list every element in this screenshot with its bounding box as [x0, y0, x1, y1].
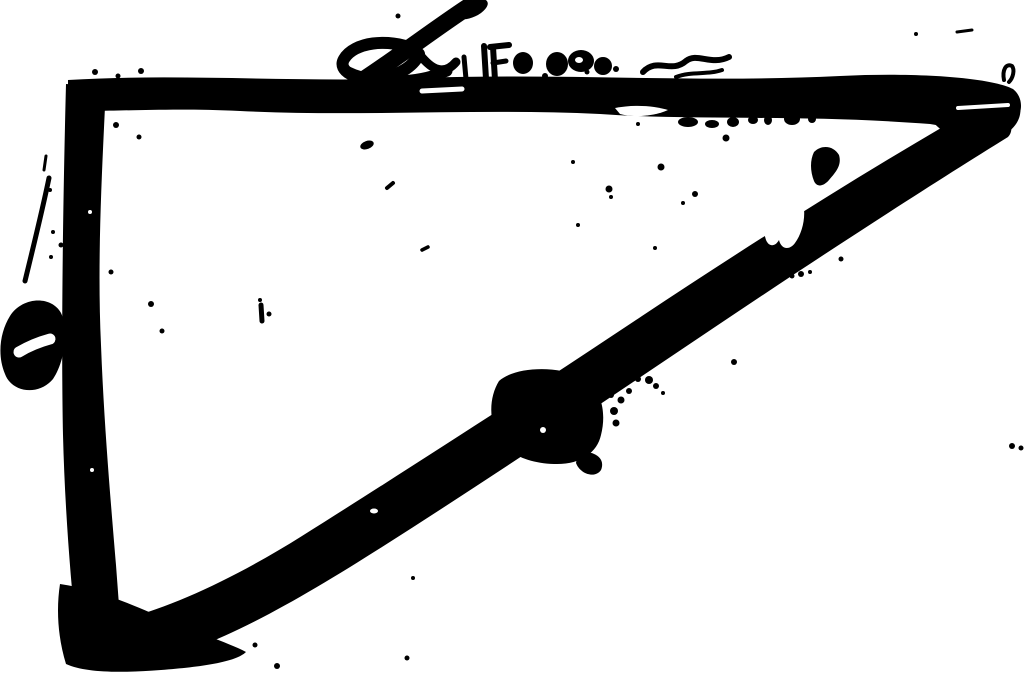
- ink-speck: [725, 300, 729, 304]
- edge-fragment: [784, 113, 800, 125]
- ink-speck: [1009, 443, 1015, 449]
- ink-speck: [914, 32, 918, 36]
- ink-speck: [336, 546, 340, 550]
- ink-speck: [585, 378, 593, 386]
- white-pinhole: [90, 468, 94, 472]
- page: { "figure": { "kind": "scanned rough ink…: [0, 0, 1024, 688]
- white-pinhole: [540, 427, 546, 433]
- ink-speck: [1019, 446, 1024, 451]
- ink-speck: [501, 456, 506, 461]
- ink-speck: [274, 663, 280, 669]
- ink-speck: [653, 383, 659, 389]
- ink-speck: [613, 66, 619, 72]
- ink-speck: [109, 270, 114, 275]
- hypotenuse-white-hole: [370, 509, 378, 514]
- top-edge-white-dash: [422, 89, 462, 91]
- ink-speck: [790, 274, 795, 279]
- ink-speck: [626, 388, 632, 394]
- ink-speck: [636, 122, 640, 126]
- edge-fragment: [808, 115, 816, 123]
- hypotenuse-white-hole: [720, 227, 734, 237]
- ink-speck: [396, 14, 401, 19]
- ink-speck: [51, 230, 55, 234]
- ink-speck: [571, 160, 575, 164]
- ink-speck: [725, 308, 730, 313]
- ink-speck: [692, 191, 698, 197]
- ink-speck: [653, 246, 657, 250]
- smudge-blob: [546, 52, 568, 76]
- smudge-blob: [513, 52, 533, 74]
- ink-speck: [405, 656, 410, 661]
- left-edge-white-nick: [101, 273, 107, 291]
- smudge-bar: [484, 46, 486, 79]
- ink-speck: [731, 359, 737, 365]
- ink-speck: [542, 73, 548, 79]
- edge-fragment: [764, 115, 772, 125]
- ink-speck: [613, 420, 620, 427]
- ink-speck: [635, 376, 641, 382]
- triangle-figure: [0, 0, 1024, 688]
- triangle-drawing: [0, 0, 1024, 688]
- edge-fragment: [705, 120, 719, 128]
- left-edge-white-nick: [104, 317, 109, 333]
- edge-fragment: [727, 117, 739, 127]
- ink-speck: [49, 255, 53, 259]
- smudge-tick: [464, 57, 466, 79]
- ink-speck: [585, 70, 590, 75]
- ink-speck: [148, 301, 154, 307]
- edge-fragment: [748, 116, 758, 124]
- edge-fragment: [678, 117, 698, 127]
- ink-speck: [618, 397, 625, 404]
- ink-speck: [723, 135, 730, 142]
- ink-speck: [661, 391, 665, 395]
- ink-speck: [59, 243, 64, 248]
- ink-speck: [839, 257, 844, 262]
- ink-speck: [92, 69, 98, 75]
- i-shaped-mark: [261, 305, 262, 321]
- ink-speck: [267, 312, 272, 317]
- ink-speck: [808, 270, 812, 274]
- ink-speck: [798, 271, 804, 277]
- ink-speck: [266, 599, 272, 605]
- ink-speck: [645, 376, 653, 384]
- ink-speck: [137, 135, 142, 140]
- ink-speck: [609, 195, 613, 199]
- ink-speck: [138, 68, 144, 74]
- dash-speck: [957, 30, 972, 32]
- ink-speck: [160, 329, 165, 334]
- ink-speck: [476, 446, 480, 450]
- ink-speck: [658, 164, 665, 171]
- smudge-f-mid: [493, 61, 506, 63]
- white-pinhole: [88, 210, 92, 214]
- smudge-white-hole: [575, 57, 583, 63]
- ink-speck: [411, 576, 415, 580]
- ink-speck: [253, 643, 258, 648]
- ink-speck: [608, 392, 614, 398]
- stray-tick: [44, 156, 46, 170]
- ink-speck: [576, 223, 580, 227]
- ink-speck: [113, 122, 119, 128]
- ink-speck: [681, 201, 685, 205]
- smudge-blob: [594, 57, 612, 75]
- ink-speck: [610, 407, 618, 415]
- ink-speck: [116, 74, 121, 79]
- ink-speck: [606, 186, 613, 193]
- ink-speck: [488, 450, 494, 456]
- ink-speck: [258, 298, 262, 302]
